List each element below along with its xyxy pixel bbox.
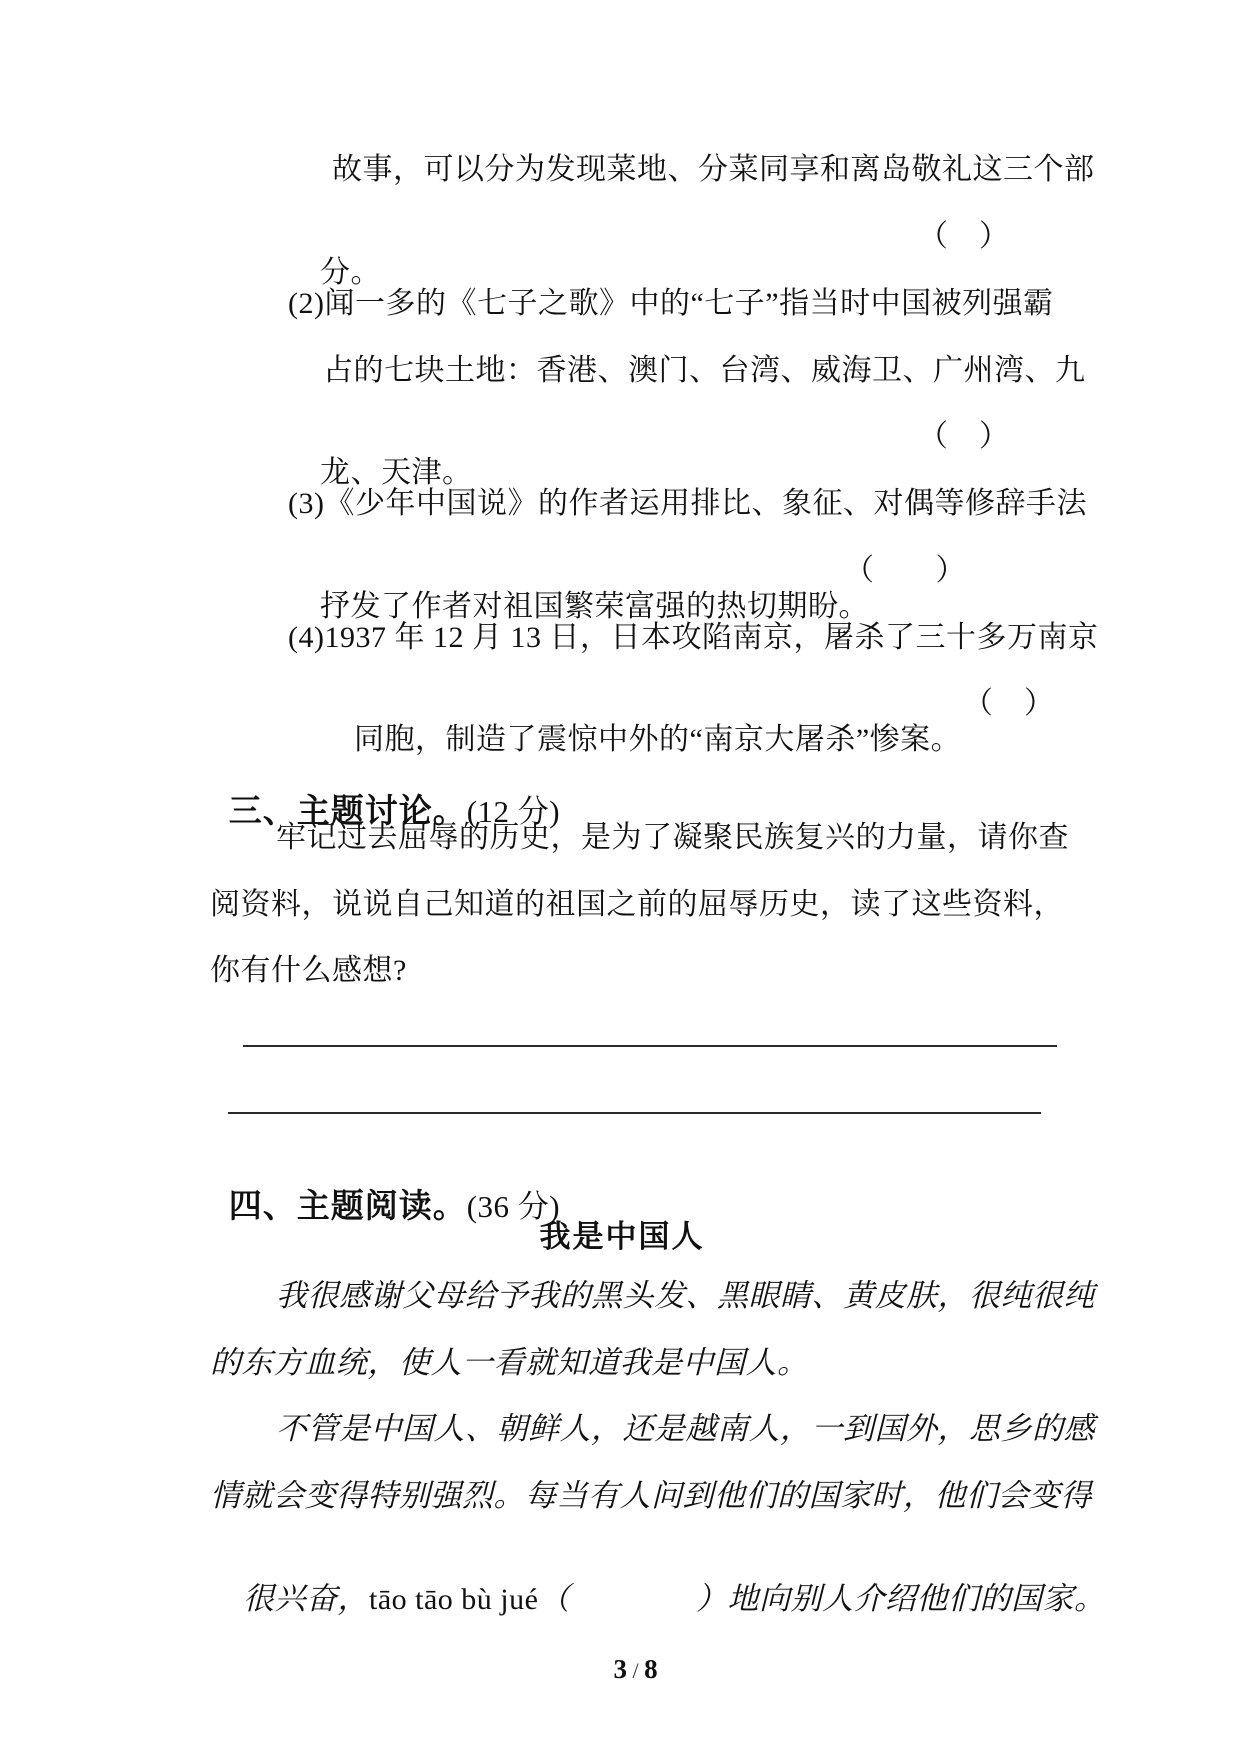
item1-line1: 故事，可以分为发现菜地、分菜同享和离岛敬礼这三个部 xyxy=(332,152,1095,188)
item3-line1: (3)《少年中国说》的作者运用排比、象征、对偶等修辞手法 xyxy=(288,486,1087,522)
page-number-current: 3 xyxy=(613,1654,627,1684)
item2-line1: (2)闻一多的《七子之歌》中的“七子”指当时中国被列强霸 xyxy=(288,286,1054,322)
passage-p2-line3-pre: 很兴奋， xyxy=(243,1581,369,1616)
item4-answer-parens: （ ） xyxy=(963,686,1055,722)
section3-para-line2: 阅资料，说说自己知道的祖国之前的屈辱历史，读了这些资料， xyxy=(210,887,1064,923)
item2-answer-parens: （ ） xyxy=(918,419,1010,455)
section3-para-line3: 你有什么感想? xyxy=(210,953,407,989)
passage-p1-line1: 我很感谢父母给予我的黑头发、黑眼睛、黄皮肤，很纯很纯 xyxy=(276,1277,1095,1314)
item1-line2-text: 分。 xyxy=(320,256,381,289)
passage-p2-line1: 不管是中国人、朝鲜人，还是越南人，一到国外，思乡的感 xyxy=(276,1410,1095,1447)
passage-p2-line2: 情就会变得特别强烈。每当有人问到他们的国家时，他们会变得 xyxy=(210,1477,1092,1514)
page-number-total: 8 xyxy=(644,1654,658,1684)
page-footer: 3 / 8 xyxy=(188,1623,1056,1716)
item3-answer-parens: （ ） xyxy=(844,553,966,589)
item3-line2-text: 抒发了作者对祖国繁荣富强的热切期盼。 xyxy=(320,590,869,623)
answer-blank-line-2 xyxy=(228,1112,1041,1114)
item4-line1: (4)1937 年 12 月 13 日，日本攻陷南京，屠杀了三十多万南京 xyxy=(288,620,1098,656)
worksheet-page: 故事，可以分为发现菜地、分菜同享和离岛敬礼这三个部 分。 （ ） (2)闻一多的… xyxy=(0,0,1241,1754)
item1-answer-parens: （ ） xyxy=(918,219,1010,255)
item2-line2: 占的七块土地：香港、澳门、台湾、威海卫、广州湾、九 xyxy=(323,353,1086,389)
passage-title-row: 我是中国人 xyxy=(188,1211,1056,1256)
answer-blank-line-1 xyxy=(243,1045,1057,1047)
item2-line3-text: 龙、天津。 xyxy=(320,456,473,489)
section3-para-line1: 牢记过去屈辱的历史，是为了凝聚民族复兴的力量，请你查 xyxy=(276,820,1069,856)
passage-p1-line2: 的东方血统，使人一看就知道我是中国人。 xyxy=(210,1344,809,1381)
passage-title: 我是中国人 xyxy=(540,1219,705,1254)
pinyin-text: tāo tāo bù jué xyxy=(369,1583,538,1616)
passage-p2-line3-post: （ ）地向别人介绍他们的国家。 xyxy=(538,1581,1105,1616)
page-number-separator: / xyxy=(627,1658,644,1683)
